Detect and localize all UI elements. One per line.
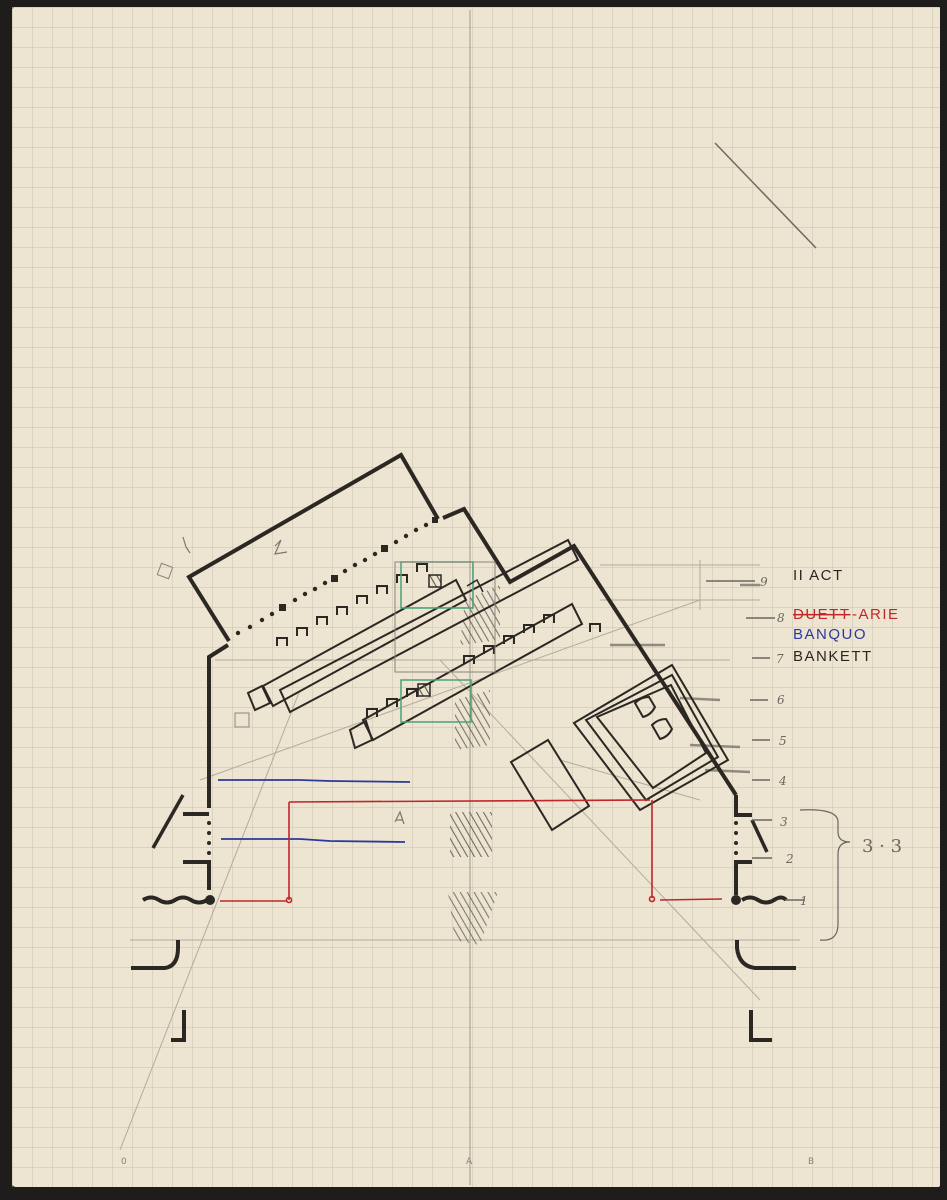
legend-title: II ACT: [793, 567, 844, 584]
svg-text:5: 5: [779, 734, 787, 748]
svg-text:0: 0: [121, 1157, 127, 1167]
legend-banquo: BANQUO: [793, 626, 867, 643]
svg-text:2: 2: [785, 852, 794, 866]
legend-arie: -ARIE: [852, 606, 900, 623]
svg-text:8: 8: [777, 611, 785, 625]
svg-text:6: 6: [777, 693, 785, 707]
svg-text:1: 1: [800, 894, 808, 908]
svg-text:9: 9: [760, 575, 768, 589]
svg-text:A: A: [466, 1157, 473, 1167]
scale-brace-label: 3 · 3: [862, 836, 902, 857]
svg-text:4: 4: [778, 774, 787, 788]
legend-struck-duett: DUETT: [793, 606, 851, 623]
svg-text:3: 3: [780, 815, 788, 829]
legend-bankett: BANKETT: [793, 648, 873, 665]
svg-text:B: B: [808, 1157, 814, 1167]
stage-plan-drawing: 9 8 7 6 5 4 3 2 1 3 · 3 0 A B II ACT DUE…: [0, 0, 947, 1200]
svg-text:7: 7: [776, 652, 784, 666]
